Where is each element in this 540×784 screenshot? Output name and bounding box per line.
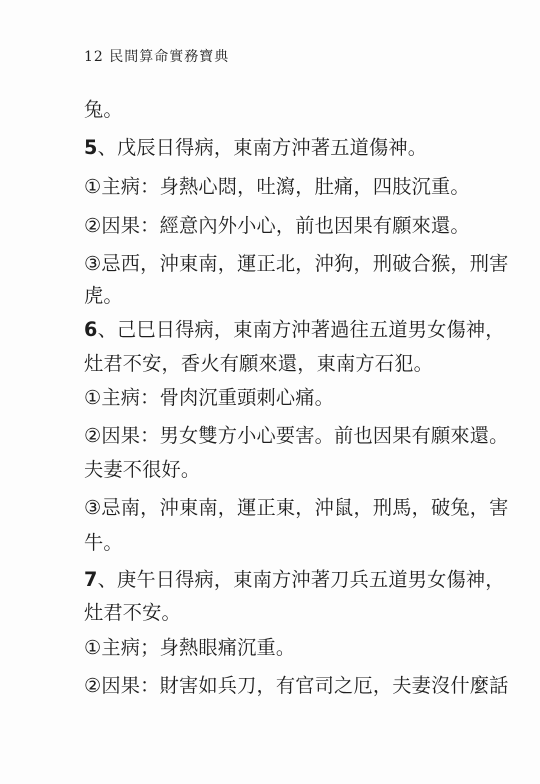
text-line: ③忌西，沖東南，運正北，沖狗，刑破合猴，刑害 [84,252,509,276]
text-line: ②因果：經意內外小心，前也因果有願來還。 [84,214,470,238]
text-line: ①主病：骨肉沉重頭刺心痛。 [84,386,334,410]
page-number: 12 [84,49,104,65]
text-line: 灶君不安，香火有願來還，東南方石犯。 [84,352,433,376]
section-number: 7 [84,568,98,591]
text-line: ②因果：財害如兵刀，有官司之厄，夫妻沒什麼話 [84,674,509,698]
running-header: 12 民間算命實務寶典 [84,46,229,66]
text-line: ③忌南，沖東南，運正東，沖鼠，刑馬，破兔，害 [84,496,509,520]
book-page: 12 民間算命實務寶典 兔。 5、戊辰日得病，東南方沖著五道傷神。 ①主病：身熱… [0,0,540,784]
section-heading-5: 5、戊辰日得病，東南方沖著五道傷神。 [84,136,427,160]
section-number: 6 [84,318,98,341]
section-heading-7: 7、庚午日得病，東南方沖著刀兵五道男女傷神， [84,568,505,592]
section-number: 5 [84,136,98,159]
text-line: ②因果：男女雙方小心要害。前也因果有願來還。 [84,424,509,448]
text-line: 兔。 [84,98,123,122]
text-line: ①主病；身熱眼痛沉重。 [84,636,295,660]
section-heading-6: 6、己巳日得病，東南方沖著過往五道男女傷神， [84,318,505,342]
text-line: 夫妻不很好。 [84,458,200,482]
text-line: 牛。 [84,531,123,555]
text-line: 灶君不安。 [84,601,181,625]
book-title: 民間算命實務寶典 [109,49,229,65]
text-line: ①主病：身熱心悶，吐瀉，肚痛，四肢沉重。 [84,175,470,199]
text-line: 虎。 [84,284,123,308]
